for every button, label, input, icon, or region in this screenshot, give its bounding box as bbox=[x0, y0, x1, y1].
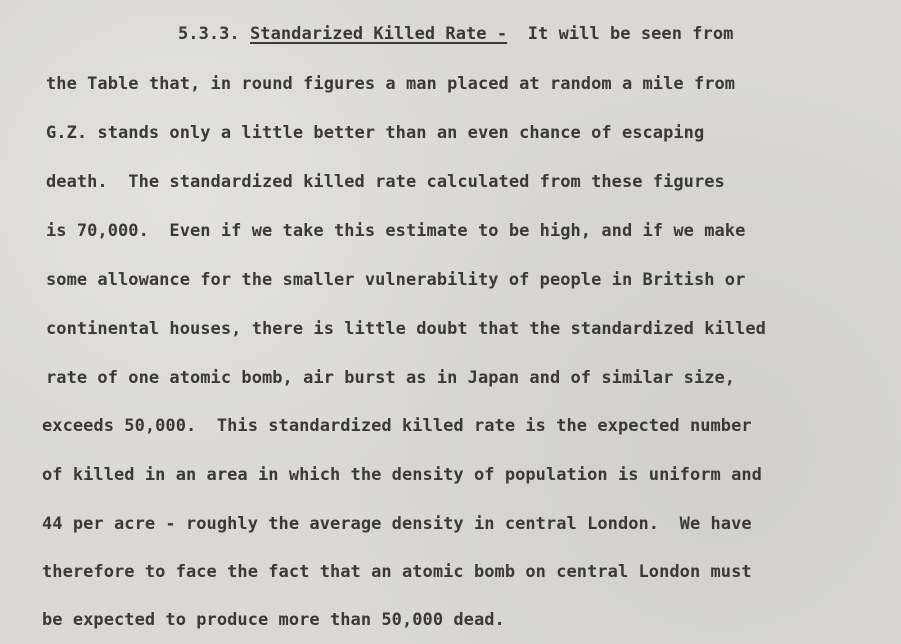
paragraph-line: some allowance for the smaller vulnerabi… bbox=[46, 270, 745, 290]
paragraph-line: 44 per acre - roughly the average densit… bbox=[42, 514, 752, 534]
paragraph-line: of killed in an area in which the densit… bbox=[42, 465, 762, 485]
section-number: 5.3.3. bbox=[178, 24, 240, 44]
paragraph-line: the Table that, in round figures a man p… bbox=[46, 74, 735, 94]
paragraph-line: therefore to face the fact that an atomi… bbox=[42, 562, 752, 582]
paragraph-line: continental houses, there is little doub… bbox=[46, 319, 766, 339]
paragraph-text: It will be seen from bbox=[528, 24, 734, 44]
section-title: Standarized Killed Rate - bbox=[250, 24, 507, 44]
paragraph-line: be expected to produce more than 50,000 … bbox=[42, 610, 505, 630]
paragraph-line: G.Z. stands only a little better than an… bbox=[46, 123, 704, 143]
section-heading-line: 5.3.3. Standarized Killed Rate - It will… bbox=[178, 24, 733, 44]
paragraph-line: death. The standardized killed rate calc… bbox=[46, 172, 725, 192]
paragraph-line: exceeds 50,000. This standardized killed… bbox=[42, 416, 752, 436]
paragraph-line: rate of one atomic bomb, air burst as in… bbox=[46, 368, 735, 388]
typed-document-page: 5.3.3. Standarized Killed Rate - It will… bbox=[0, 0, 901, 644]
paragraph-line: is 70,000. Even if we take this estimate… bbox=[46, 221, 745, 241]
